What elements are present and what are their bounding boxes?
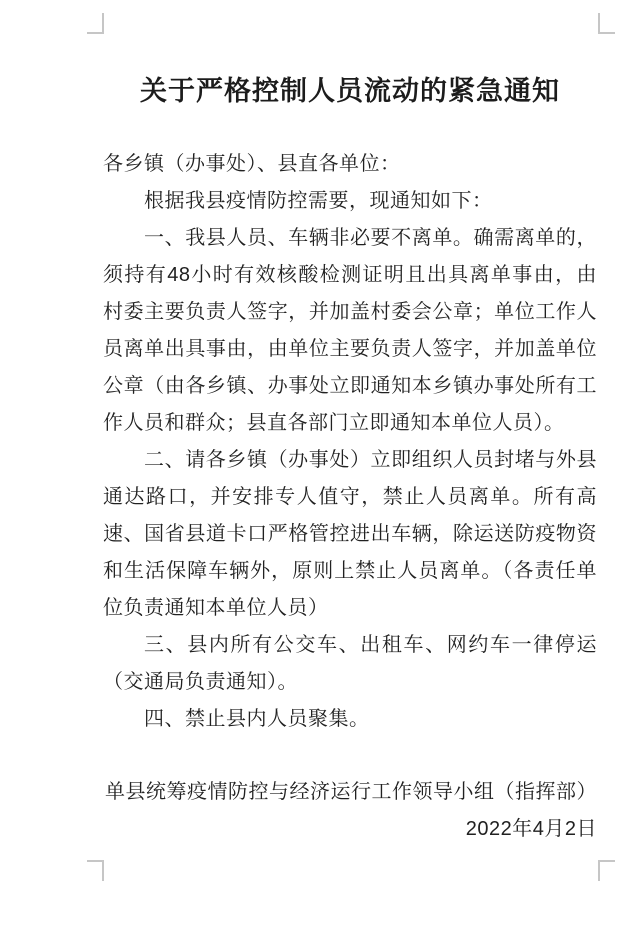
salutation-line: 各乡镇（办事处）、县直各单位： (103, 146, 597, 183)
margin-mark-top-left (87, 13, 104, 34)
signature-line: 单县统筹疫情防控与经济运行工作领导小组（指挥部） (103, 774, 597, 811)
document-body: 关于严格控制人员流动的紧急通知 各乡镇（办事处）、县直各单位： 根据我县疫情防控… (103, 32, 597, 848)
notice-item-4: 四、禁止县内人员聚集。 (103, 701, 597, 738)
margin-mark-top-right (598, 13, 615, 34)
intro-line: 根据我县疫情防控需要，现通知如下： (103, 183, 597, 220)
notice-item-1: 一、我县人员、车辆非必要不离单。确需离单的，须持有48小时有效核酸检测证明且出具… (103, 220, 597, 442)
notice-item-3: 三、县内所有公交车、出租车、网约车一律停运（交通局负责通知）。 (103, 627, 597, 701)
margin-mark-bottom-right (598, 860, 615, 881)
notice-item-2: 二、请各乡镇（办事处）立即组织人员封堵与外县通达路口，并安排专人值守，禁止人员离… (103, 442, 597, 627)
document-page: 关于严格控制人员流动的紧急通知 各乡镇（办事处）、县直各单位： 根据我县疫情防控… (0, 0, 640, 941)
margin-mark-bottom-left (87, 860, 104, 881)
date-line: 2022年4月2日 (103, 811, 597, 848)
document-title: 关于严格控制人员流动的紧急通知 (103, 76, 597, 106)
